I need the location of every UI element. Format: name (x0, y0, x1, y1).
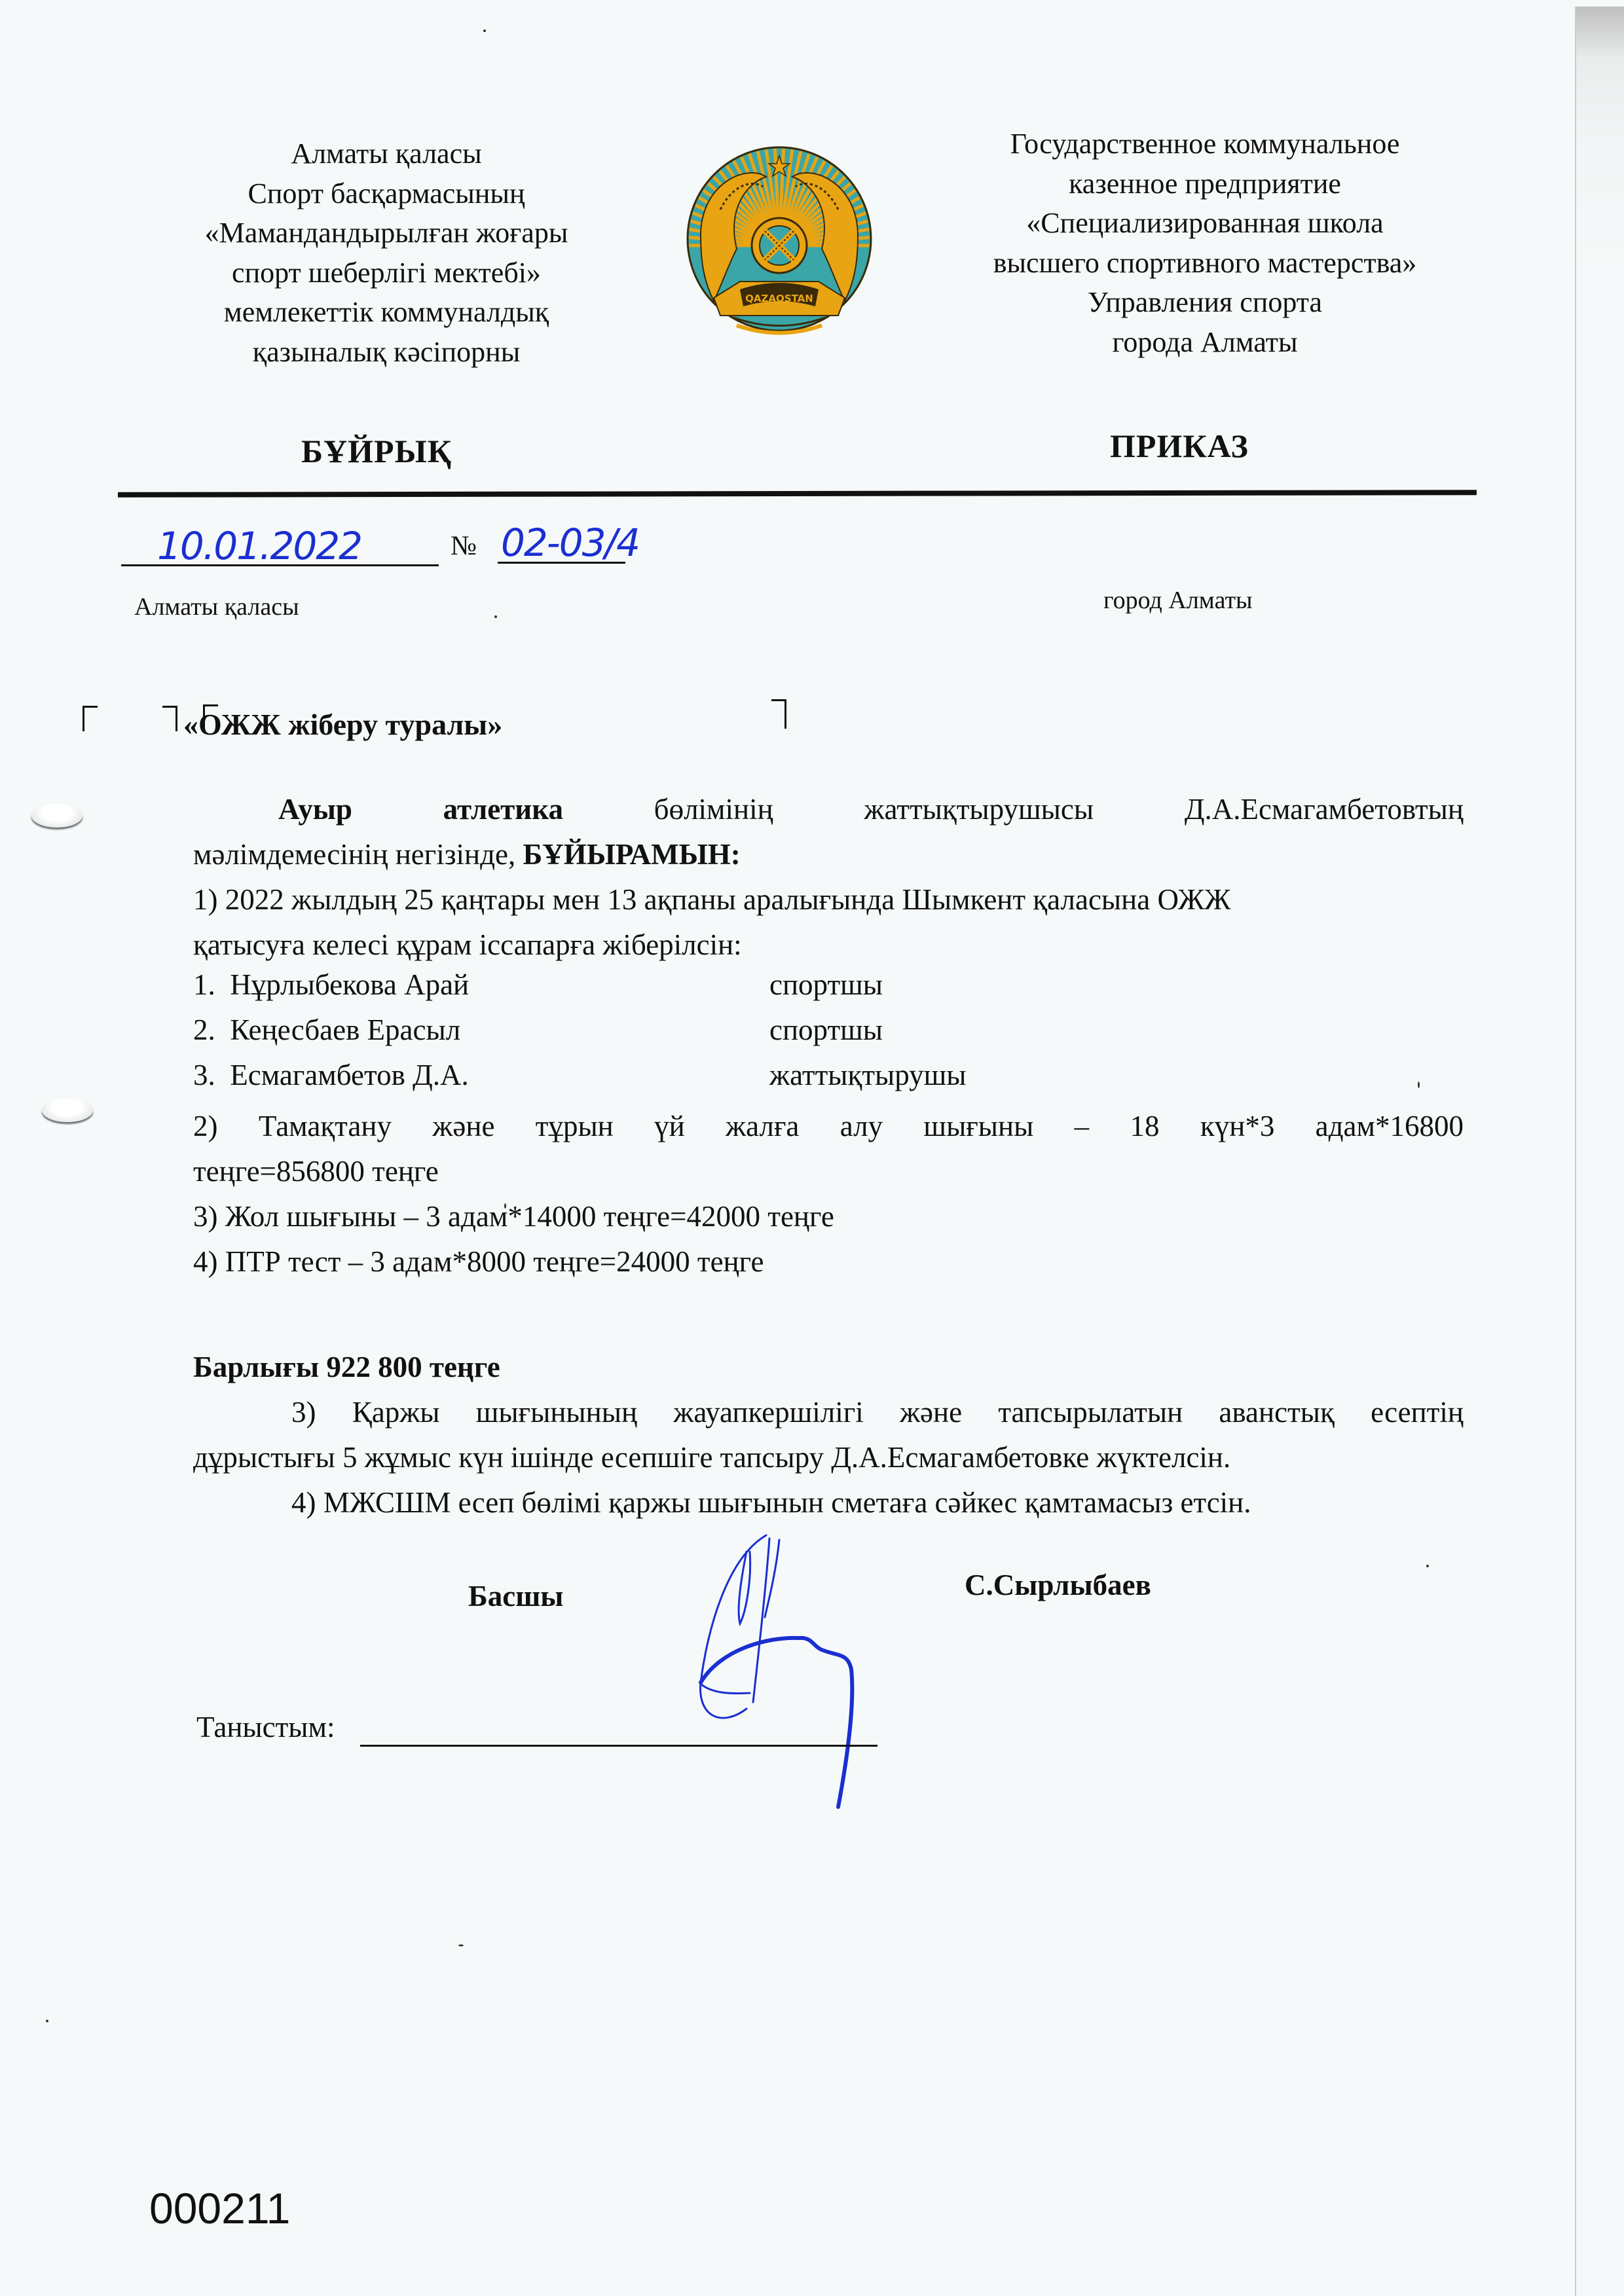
number-underline (498, 562, 625, 564)
handwritten-signature-icon (648, 1532, 1002, 1827)
order-number: 02-03/4 (501, 520, 639, 565)
header-kz-line: мемлекеттік коммуналдық (144, 293, 629, 333)
punch-hole (31, 804, 83, 828)
sport-section-name: Ауыр атлетика (278, 793, 563, 826)
member-role: спортшы (769, 968, 883, 1002)
accounting-paragraph: 4) МЖСШМ есеп бөлімі қаржы шығынын смета… (193, 1485, 1464, 1520)
header-divider (118, 490, 1477, 498)
order-date: 10.01.2022 (157, 524, 361, 568)
header-ru-line: города Алматы (917, 323, 1493, 363)
scan-speck (494, 615, 497, 618)
header-ru-line: Государственное коммунальное (917, 124, 1493, 164)
subject-bracket (83, 706, 98, 731)
order-subject: «ОЖЖ жіберу туралы» (183, 707, 502, 742)
header-org-ru: Государственное коммунальное казенное пр… (917, 124, 1493, 362)
responsibility-paragraph-line2: дұрыстығы 5 жұмыс күн ішінде есепшіге та… (193, 1440, 1230, 1474)
header-ru-line: высшего спортивного мастерства» (917, 244, 1493, 283)
number-symbol: № (451, 530, 477, 562)
member-role: жаттықтырушы (769, 1058, 967, 1092)
scan-speck (458, 1944, 464, 1946)
responsibility-paragraph-line1: 3) Қаржы шығынының жауапкершілігі және т… (193, 1395, 1464, 1429)
order-directive: БҰЙЫРАМЫН: (523, 838, 740, 871)
svg-text:QAZAQSTAN: QAZAQSTAN (745, 293, 813, 304)
header-kz-line: Алматы қаласы (144, 134, 629, 174)
serial-number: 000211 (149, 2183, 290, 2233)
list-item: 2. Кеңесбаев Ерасыл спортшы (193, 1013, 460, 1047)
scan-speck (483, 29, 486, 32)
scan-speck (46, 2020, 48, 2022)
header-kz-line: қазыналық кәсіпорны (144, 333, 629, 373)
header-kz-line: Спорт басқармасының (144, 174, 629, 214)
item-3: 3) Жол шығыны – 3 адам*14000 теңге=42000… (193, 1199, 834, 1233)
member-role: спортшы (769, 1013, 883, 1047)
subject-bracket (162, 706, 177, 731)
doc-type-ru: ПРИКАЗ (1110, 427, 1249, 465)
member-name: Есмагамбетов Д.А. (230, 1059, 469, 1091)
subject-bracket (771, 699, 786, 729)
acknowledgement-signature-line (360, 1745, 877, 1747)
punch-hole (42, 1099, 93, 1122)
item-2-line1: 2) Тамақтану және тұрын үй жалға алу шығ… (193, 1109, 1464, 1143)
header-kz-line: «Мамандандырылған жоғары (144, 213, 629, 253)
kazakhstan-emblem-icon: QAZAQSTAN (674, 137, 884, 347)
list-item: 1. Нұрлыбекова Арай спортшы (193, 968, 469, 1002)
signer-title: Басшы (468, 1579, 563, 1613)
header-kz-line: спорт шеберлігі мектебі» (144, 253, 629, 293)
doc-type-kz: БҰЙРЫҚ (301, 432, 452, 470)
scan-speck (1418, 1082, 1420, 1088)
member-name: Кеңесбаев Ерасыл (230, 1013, 460, 1046)
item-2-line2: теңге=856800 теңге (193, 1154, 439, 1188)
scan-speck (1426, 1565, 1429, 1567)
header-ru-line: «Специализированная школа (917, 204, 1493, 244)
list-item: 3. Есмагамбетов Д.А. жаттықтырушы (193, 1058, 469, 1092)
member-name: Нұрлыбекова Арай (230, 968, 469, 1001)
scan-speck (504, 1203, 506, 1209)
date-underline (121, 564, 439, 566)
intro-paragraph-line2: мәлімдемесінің негізінде, БҰЙЫРАМЫН: (193, 832, 741, 877)
acknowledgement-label: Таныстым: (196, 1710, 335, 1744)
scanner-page-edge (1575, 7, 1624, 2296)
city-kz: Алматы қаласы (134, 592, 299, 621)
total-amount: Барлығы 922 800 теңге (193, 1350, 500, 1384)
header-ru-line: казенное предприятие (917, 164, 1493, 204)
city-ru: город Алматы (1103, 586, 1253, 615)
header-ru-line: Управления спорта (917, 283, 1493, 323)
item-4: 4) ПТР тест – 3 адам*8000 теңге=24000 те… (193, 1245, 764, 1279)
intro-paragraph-line1: Ауыр атлетика бөлімінің жаттықтырушысы Д… (193, 787, 1464, 832)
item-1: 1) 2022 жылдың 25 қаңтары мен 13 ақпаны … (193, 877, 1231, 968)
header-org-kz: Алматы қаласы Спорт басқармасының «Маман… (144, 134, 629, 372)
signer-name: С.Сырлыбаев (965, 1568, 1151, 1602)
